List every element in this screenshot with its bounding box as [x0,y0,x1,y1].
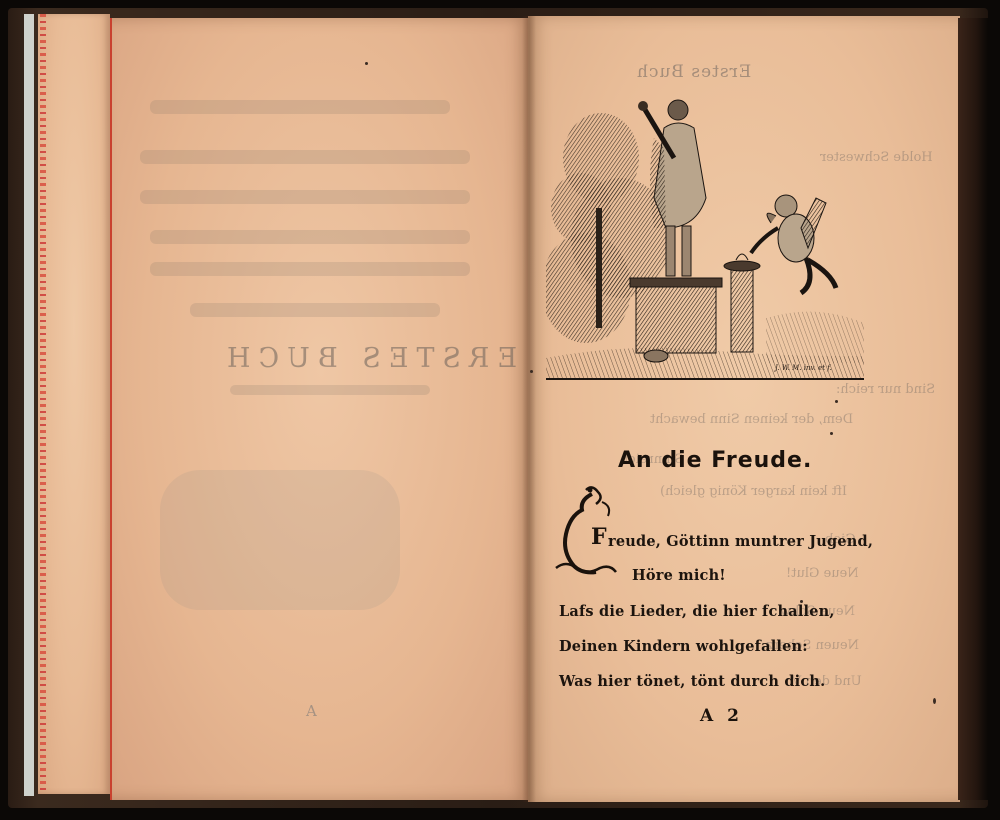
poem-line: Lafs die Lieder, die hier fchallen, [559,603,835,620]
paper-speck [835,400,838,403]
bleed-text: Neue Glut! [786,566,859,581]
flyleaf [38,14,110,794]
bleed-through-signature: A [306,702,317,720]
bleed-line [150,100,450,114]
running-head-bleed: Erstes Buch [636,62,751,82]
bleed-line [140,190,470,204]
bleed-text: Dem, der keinen Sinn bewacht [650,412,853,427]
poem-line: Höre mich! [632,567,726,584]
engraving-vignette [546,88,864,378]
bleed-line [230,385,430,395]
paper-speck [530,370,533,373]
gutter-shadow [522,16,536,802]
back-cover-edge [958,18,988,800]
poem-line: reude, Göttinn muntrer Jugend, [608,533,873,550]
bleed-line [190,303,440,317]
paper-speck [830,432,833,435]
bleed-through-title: ERSTES BUCH [218,343,518,374]
paper-speck [365,62,368,65]
engraver-signature: J. W. M. inv. et f. [775,364,832,372]
page-edges [24,14,34,796]
paper-speck [933,698,936,704]
bleed-line [140,150,470,164]
engraving-rule [546,378,864,380]
bleed-text: Sind nur reich: [836,382,935,397]
bleed-vignette [160,470,400,610]
drop-cap-letter: F [591,524,607,550]
cherub-with-lyre-icon [751,195,836,293]
bleed-line [150,230,470,244]
ornamental-initial-icon [552,486,620,578]
red-sprinkled-edge [40,14,46,794]
poem-line: Was hier tönet, tönt durch dich. [559,673,825,690]
bleed-text: Ift kein karger König gleich) [660,484,847,499]
bleed-line [150,262,470,276]
bleed-text: Holde Schwester [820,150,933,165]
signature-mark: A 2 [700,706,743,726]
paper-speck [800,600,803,603]
poem-title: An die Freude. [618,448,812,473]
left-page [110,18,530,800]
poem-line: Deinen Kindern wohlgefallen: [559,638,808,655]
